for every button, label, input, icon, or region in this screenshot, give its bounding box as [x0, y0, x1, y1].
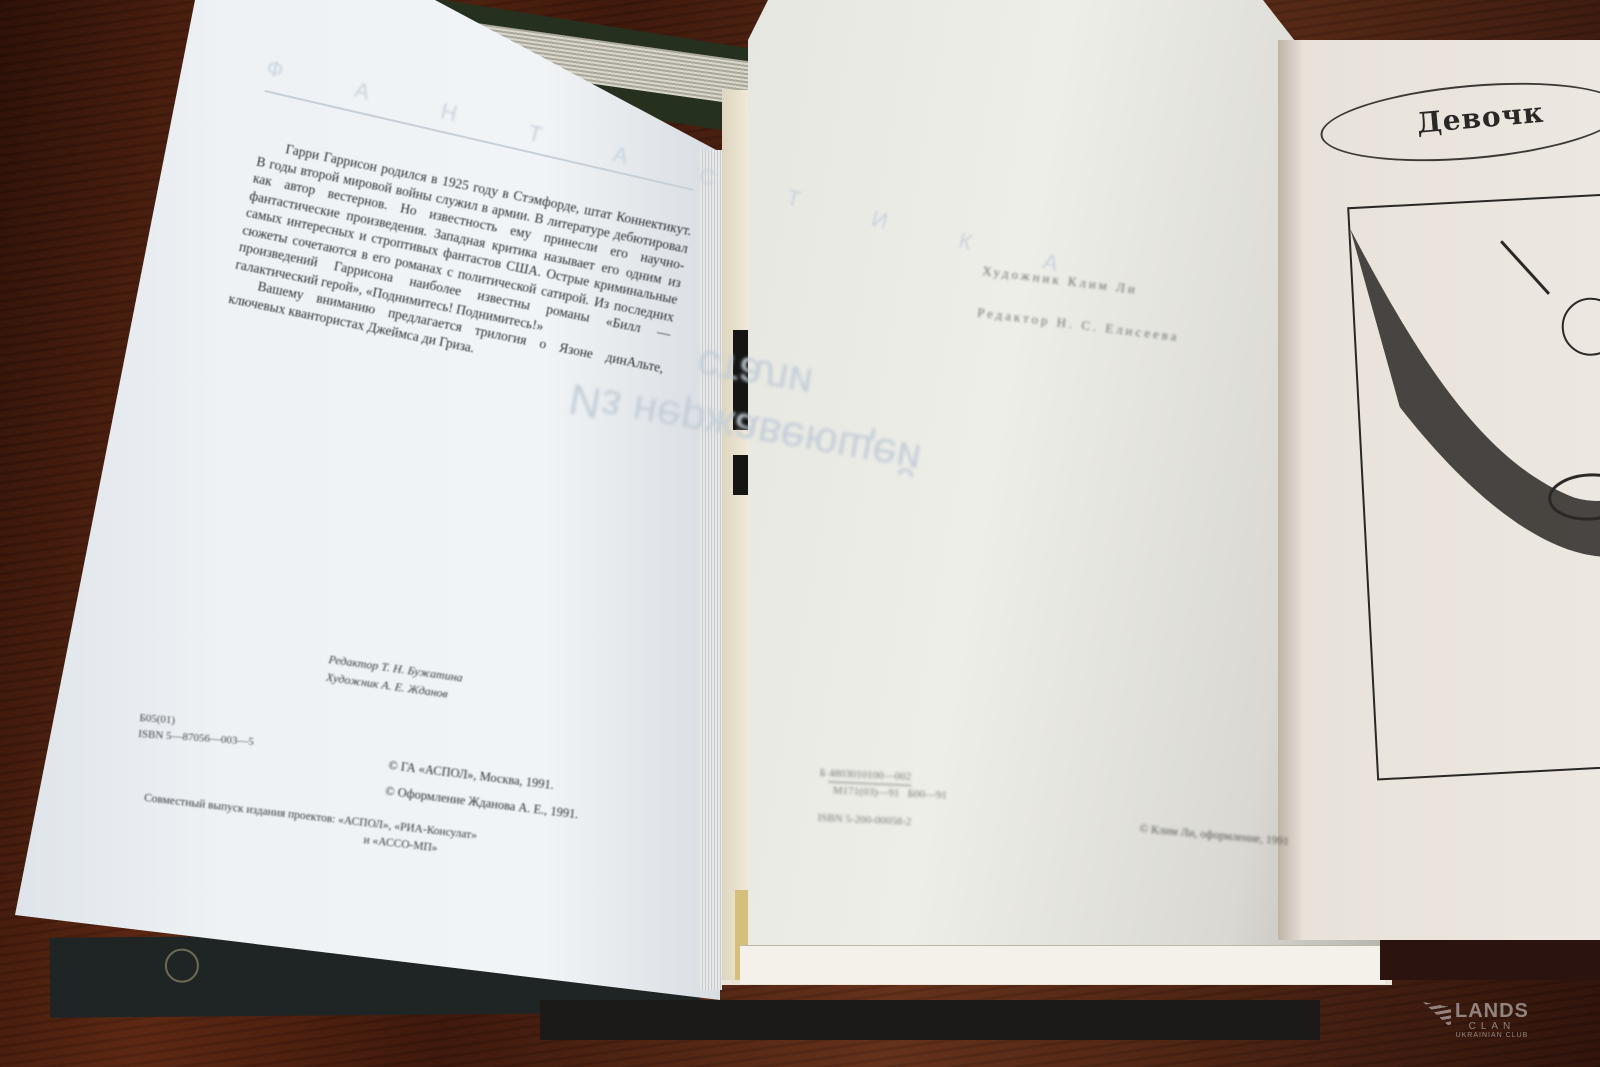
illustration-drawing-icon: [1349, 196, 1600, 779]
middle-book-spine: [722, 90, 752, 980]
bottom-book-stack: [540, 1000, 1320, 1040]
left-book-page-edge: [700, 150, 722, 990]
cover-print-mark: [733, 455, 749, 495]
illustration-frame: [1347, 193, 1600, 780]
watermark-logo: LANDS CLAN UKRAINIAN CLUB: [1455, 1000, 1529, 1039]
watermark-tagline: UKRAINIAN CLUB: [1455, 1032, 1529, 1039]
right-book-base: [1380, 940, 1600, 980]
middle-catalog-block: Б 4803010100—002 М171(03)—91 Б00—91 ISBN…: [817, 765, 948, 832]
cover-emblem-icon: [165, 949, 199, 983]
middle-book-page-edge: [740, 945, 1385, 984]
catalog-suffix: Б00—91: [907, 788, 947, 802]
illustration-title: Девочк: [1415, 96, 1545, 140]
watermark-brand: LANDS: [1455, 1000, 1529, 1023]
catalog-denominator: М171(03)—91: [833, 785, 900, 800]
catalog-prefix: Б: [819, 767, 826, 779]
